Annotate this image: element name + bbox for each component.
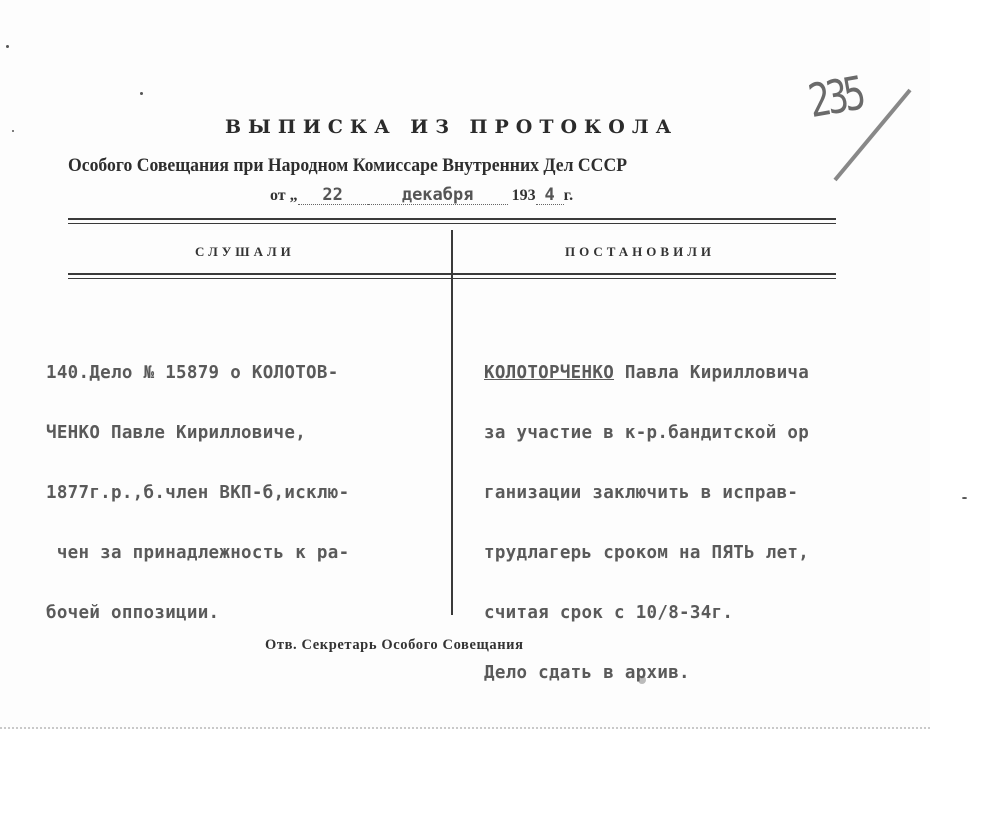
resolved-text: КОЛОТОРЧЕНКО Павла Кирилловича за участи… — [484, 323, 809, 723]
column-header-resolved: ПОСТАНОВИЛИ — [565, 244, 715, 260]
resolved-name: КОЛОТОРЧЕНКО — [484, 363, 614, 383]
column-divider — [451, 230, 453, 615]
resolved-line: трудлагерь сроком на ПЯТЬ лет, — [484, 543, 809, 563]
scan-speck — [962, 497, 967, 499]
resolved-line: за участие в к-р.бандитской ор — [484, 423, 809, 443]
date-year-prefix: 193 — [512, 187, 536, 204]
document-sheet: ВЫПИСКА ИЗ ПРОТОКОЛА Особого Совещания п… — [0, 0, 930, 729]
heard-line: чен за принадлежность к ра- — [46, 543, 349, 563]
date-month: декабря — [368, 187, 508, 205]
date-prefix: от „ — [270, 187, 298, 204]
scan-speck — [6, 45, 9, 48]
table-top-rule — [68, 218, 836, 220]
scan-speck — [140, 92, 143, 95]
signature-line: Отв. Секретарь Особого Совещания — [265, 637, 524, 654]
date-suffix: г. — [564, 187, 573, 204]
document-title: ВЫПИСКА ИЗ ПРОТОКОЛА — [225, 116, 685, 138]
heard-line: 140.Дело № 15879 о КОЛОТОВ- — [46, 363, 349, 383]
resolved-line: ганизации заключить в исправ- — [484, 483, 809, 503]
document-subtitle: Особого Совещания при Народном Комиссаре… — [68, 155, 793, 177]
heard-line: бочей оппозиции. — [46, 603, 349, 623]
resolved-line: КОЛОТОРЧЕНКО Павла Кирилловича — [484, 363, 809, 383]
folio-number: 235 — [795, 60, 925, 190]
heard-line: ЧЕНКО Павле Кирилловиче, — [46, 423, 349, 443]
heard-text: 140.Дело № 15879 о КОЛОТОВ- ЧЕНКО Павле … — [46, 323, 349, 663]
scan-speck — [12, 130, 14, 132]
date-year-suffix: 4 — [536, 187, 564, 205]
heard-line: 1877г.р.,б.член ВКП-б,исклю- — [46, 483, 349, 503]
date-day: 22 — [298, 187, 368, 205]
table-top-rule-thin — [68, 223, 836, 224]
date-line: от „22декабря 1934г. — [270, 187, 573, 205]
resolved-line: считая срок с 10/8-34г. — [484, 603, 809, 623]
folio-slash-icon — [795, 60, 925, 190]
resolved-line: Дело сдать в архив. — [484, 663, 809, 683]
column-header-heard: СЛУШАЛИ — [195, 244, 295, 260]
